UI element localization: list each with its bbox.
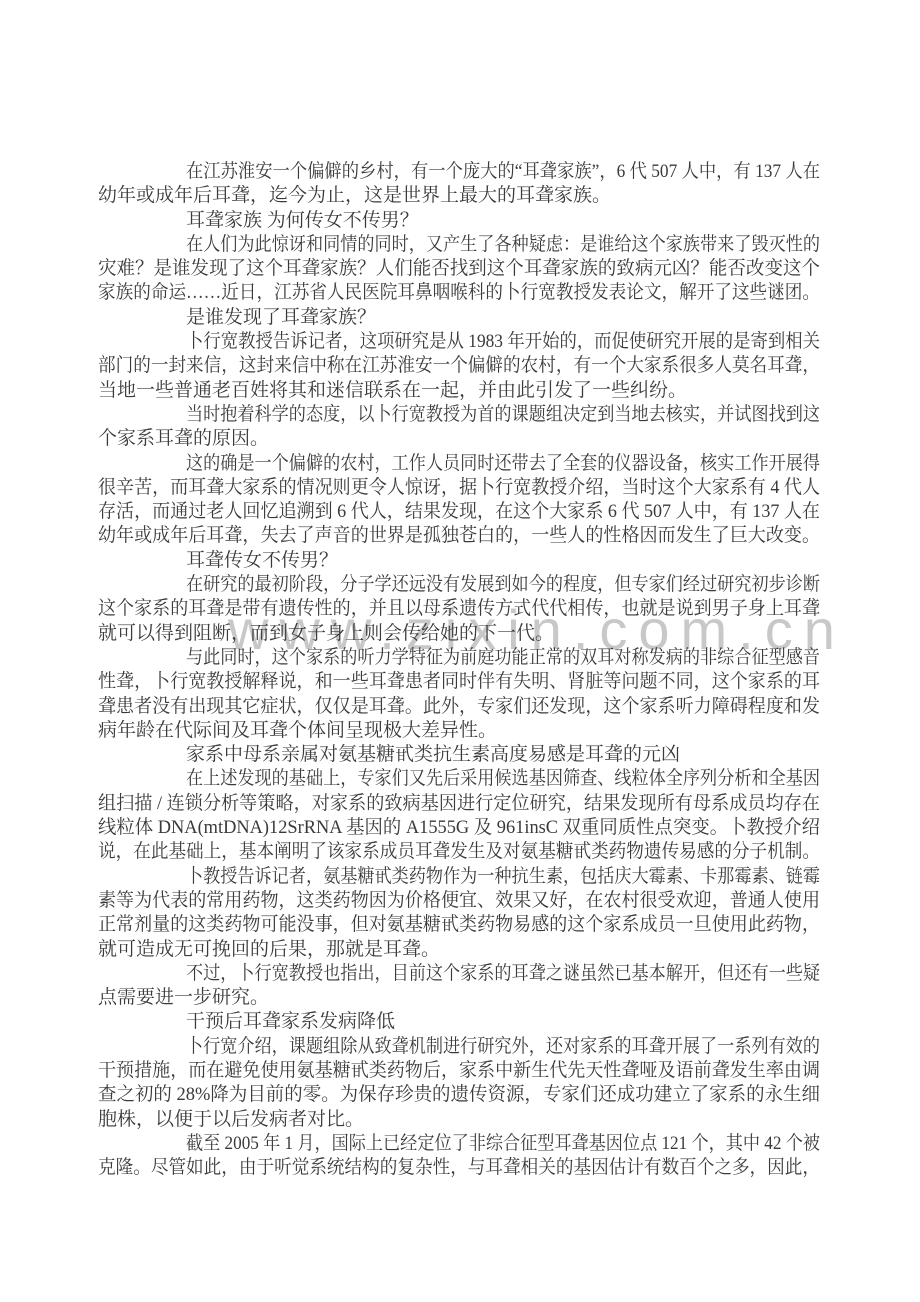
text-line: 幼年或成年后耳聋，迄今为止，这是世界上最大的耳聋家族。 — [98, 184, 820, 208]
text-line: 线粒体 DNA(mtDNA)12SrRNA 基因的 A1555G 及 961in… — [98, 816, 820, 840]
text-line: 就可造成无可挽回的后果，那就是耳聋。 — [98, 938, 820, 962]
document-page: www.zixin.com.cn 在江苏淮安一个偏僻的乡村，有一个庞大的“耳聋家… — [0, 0, 920, 1302]
text-line: 性聋，卜行宽教授解释说，和一些耳聋患者同时伴有失明、肾脏等问题不同，这个家系的耳 — [98, 670, 820, 694]
paragraph: 卜行宽介绍，课题组除从致聋机制进行研究外，还对家系的耳聋开展了一系列有效的干预措… — [98, 1035, 820, 1132]
text-line: 正常剂量的这类药物可能没事，但对氨基糖甙类药物易感的这个家系成员一旦使用此药物， — [98, 913, 820, 937]
text-line: 干预后耳聋家系发病降低 — [98, 1010, 820, 1034]
section-heading: 耳聋家族 为何传女不传男？ — [98, 209, 820, 233]
paragraph: 不过，卜行宽教授也指出，目前这个家系的耳聋之谜虽然已基本解开，但还有一些疑点需要… — [98, 962, 820, 1011]
section-heading: 是谁发现了耳聋家族？ — [98, 306, 820, 330]
text-line: 组扫描 / 连锁分析等策略，对家系的致病基因进行定位研究，结果发现所有母系成员均… — [98, 792, 820, 816]
text-line: 在人们为此惊讶和同情的同时，又产生了各种疑虑：是谁给这个家族带来了毁灭性的 — [98, 233, 820, 257]
section-heading: 耳聋传女不传男？ — [98, 549, 820, 573]
text-line: 耳聋家族 为何传女不传男？ — [98, 209, 820, 233]
text-line: 卜教授告诉记者，氨基糖甙类药物作为一种抗生素，包括庆大霉素、卡那霉素、链霉 — [98, 865, 820, 889]
text-line: 截至 2005 年 1 月，国际上已经定位了非综合征型耳聋基因位点 121 个，… — [98, 1132, 820, 1156]
paragraph: 这的确是一个偏僻的农村，工作人员同时还带去了全套的仪器设备，核实工作开展得很辛苦… — [98, 452, 820, 549]
text-line: 这个家系的耳聋是带有遗传性的，并且以母系遗传方式代代相传，也就是说到男子身上耳聋 — [98, 597, 820, 621]
text-line: 说，在此基础上，基本阐明了该家系成员耳聋发生及对氨基糖甙类药物遗传易感的分子机制… — [98, 840, 820, 864]
text-line: 个家系耳聋的原因。 — [98, 427, 820, 451]
text-line: 与此同时，这个家系的听力学特征为前庭功能正常的双耳对称发病的非综合征型感音 — [98, 646, 820, 670]
text-line: 干预措施，而在避免使用氨基糖甙类药物后，家系中新生代先天性聋哑及语前聋发生率由调 — [98, 1059, 820, 1083]
text-line: 存活，而通过老人回忆追溯到 6 代人，结果发现，在这个大家系 6 代 507 人… — [98, 500, 820, 524]
text-line: 家族的命运……近日，江苏省人民医院耳鼻咽喉科的卜行宽教授发表论文，解开了这些谜团… — [98, 281, 820, 305]
text-line: 灾难？是谁发现了这个耳聋家族？人们能否找到这个耳聋家族的致病元凶？能否改变这个 — [98, 257, 820, 281]
text-line: 部门的一封来信，这封来信中称在江苏淮安一个偏僻的农村，有一个大家系很多人莫名耳聋… — [98, 354, 820, 378]
text-line: 卜行宽介绍，课题组除从致聋机制进行研究外，还对家系的耳聋开展了一系列有效的 — [98, 1035, 820, 1059]
text-line: 当地一些普通老百姓将其和迷信联系在一起，并由此引发了一些纠纷。 — [98, 379, 820, 403]
text-line: 病年龄在代际间及耳聋个体间呈现极大差异性。 — [98, 719, 820, 743]
text-line: 家系中母系亲属对氨基糖甙类抗生素高度易感是耳聋的元凶 — [98, 743, 820, 767]
section-heading: 家系中母系亲属对氨基糖甙类抗生素高度易感是耳聋的元凶 — [98, 743, 820, 767]
text-line: 克隆。尽管如此，由于听觉系统结构的复杂性，与耳聋相关的基因估计有数百个之多，因此… — [98, 1156, 820, 1180]
paragraph: 在上述发现的基础上，专家们又先后采用候选基因筛查、线粒体全序列分析和全基因组扫描… — [98, 767, 820, 864]
section-heading: 干预后耳聋家系发病降低 — [98, 1010, 820, 1034]
paragraph: 在研究的最初阶段，分子学还远没有发展到如今的程度，但专家们经过研究初步诊断这个家… — [98, 573, 820, 646]
text-line: 查之初的 28%降为目前的零。为保存珍贵的遗传资源，专家们还成功建立了家系的永生… — [98, 1083, 820, 1107]
document-body: 在江苏淮安一个偏僻的乡村，有一个庞大的“耳聋家族”，6 代 507 人中，有 1… — [98, 160, 820, 1180]
text-line: 在上述发现的基础上，专家们又先后采用候选基因筛查、线粒体全序列分析和全基因 — [98, 767, 820, 791]
paragraph: 截至 2005 年 1 月，国际上已经定位了非综合征型耳聋基因位点 121 个，… — [98, 1132, 820, 1181]
text-line: 耳聋传女不传男？ — [98, 549, 820, 573]
text-line: 当时抱着科学的态度，以卜行宽教授为首的课题组决定到当地去核实，并试图找到这 — [98, 403, 820, 427]
paragraph: 在江苏淮安一个偏僻的乡村，有一个庞大的“耳聋家族”，6 代 507 人中，有 1… — [98, 160, 820, 209]
text-line: 很辛苦，而耳聋大家系的情况则更令人惊讶，据卜行宽教授介绍，当时这个大家系有 4 … — [98, 476, 820, 500]
text-line: 聋患者没有出现其它症状，仅仅是耳聋。此外，专家们还发现，这个家系听力障碍程度和发 — [98, 695, 820, 719]
paragraph: 当时抱着科学的态度，以卜行宽教授为首的课题组决定到当地去核实，并试图找到这个家系… — [98, 403, 820, 452]
paragraph: 在人们为此惊讶和同情的同时，又产生了各种疑虑：是谁给这个家族带来了毁灭性的灾难？… — [98, 233, 820, 306]
text-line: 卜行宽教授告诉记者，这项研究是从 1983 年开始的，而促使研究开展的是寄到相关 — [98, 330, 820, 354]
text-line: 在研究的最初阶段，分子学还远没有发展到如今的程度，但专家们经过研究初步诊断 — [98, 573, 820, 597]
paragraph: 卜行宽教授告诉记者，这项研究是从 1983 年开始的，而促使研究开展的是寄到相关… — [98, 330, 820, 403]
text-line: 在江苏淮安一个偏僻的乡村，有一个庞大的“耳聋家族”，6 代 507 人中，有 1… — [98, 160, 820, 184]
paragraph: 卜教授告诉记者，氨基糖甙类药物作为一种抗生素，包括庆大霉素、卡那霉素、链霉素等为… — [98, 865, 820, 962]
text-line: 这的确是一个偏僻的农村，工作人员同时还带去了全套的仪器设备，核实工作开展得 — [98, 452, 820, 476]
paragraph: 与此同时，这个家系的听力学特征为前庭功能正常的双耳对称发病的非综合征型感音性聋，… — [98, 646, 820, 743]
text-line: 点需要进一步研究。 — [98, 986, 820, 1010]
text-line: 不过，卜行宽教授也指出，目前这个家系的耳聋之谜虽然已基本解开，但还有一些疑 — [98, 962, 820, 986]
text-line: 就可以得到阻断，而到女子身上则会传给她的下一代。 — [98, 622, 820, 646]
text-line: 幼年或成年后耳聋，失去了声音的世界是孤独苍白的，一些人的性格因而发生了巨大改变。 — [98, 524, 820, 548]
text-line: 胞株，以便于以后发病者对比。 — [98, 1108, 820, 1132]
text-line: 素等为代表的常用药物，这类药物因为价格便宜、效果又好，在农村很受欢迎，普通人使用 — [98, 889, 820, 913]
text-line: 是谁发现了耳聋家族？ — [98, 306, 820, 330]
